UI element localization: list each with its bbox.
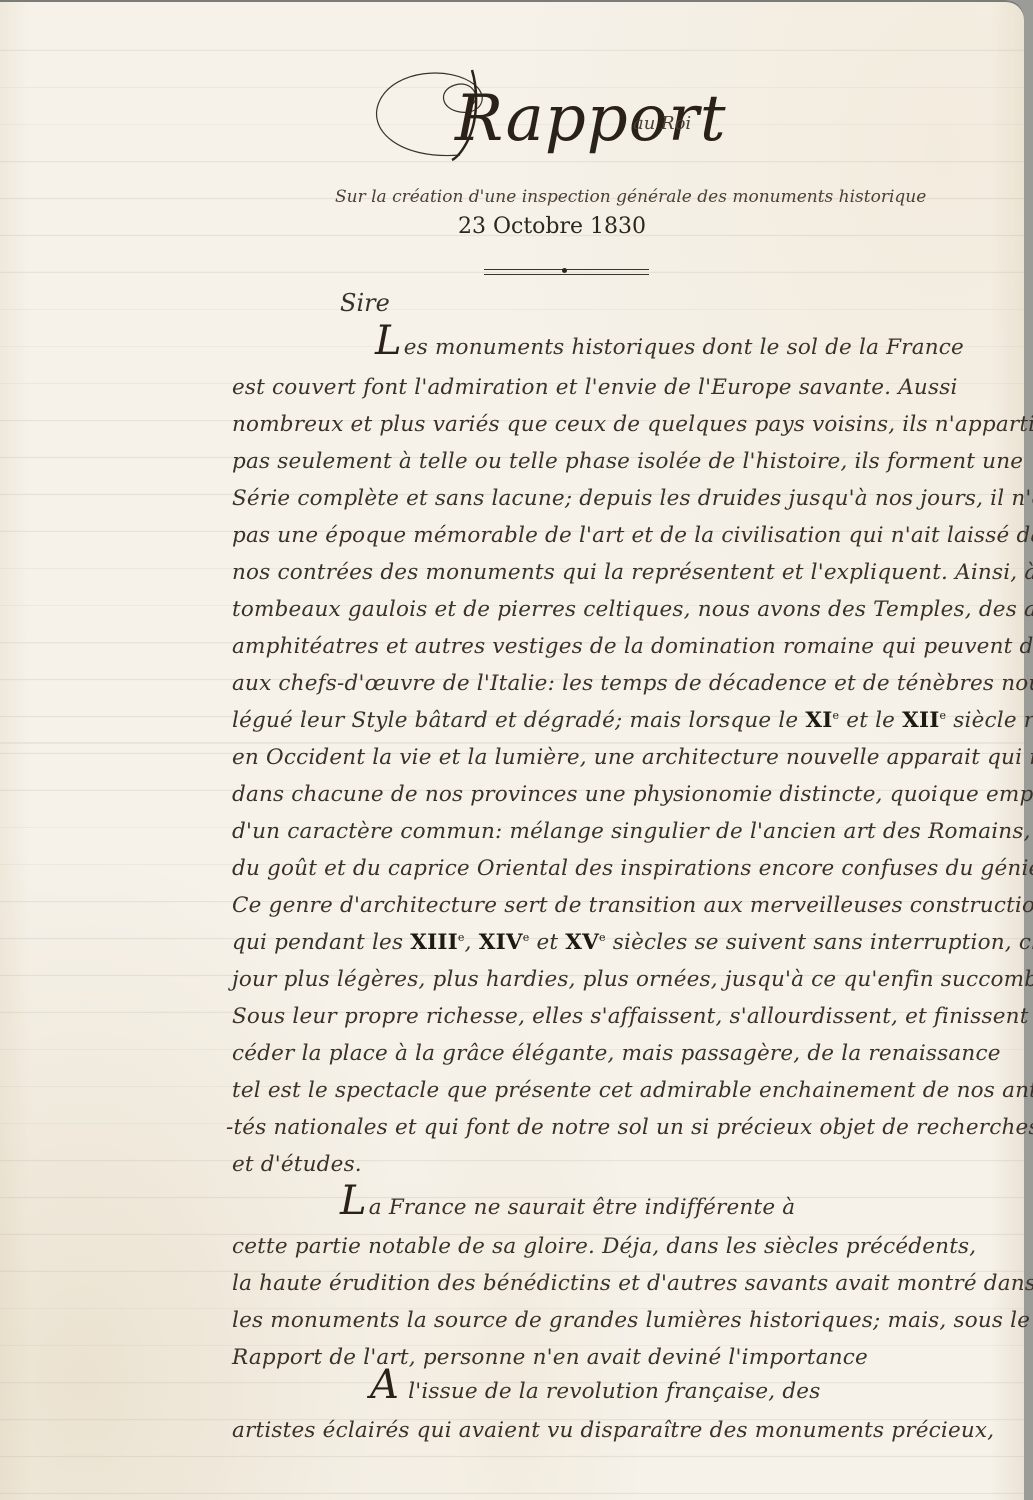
body-line: en Occident la vie et la lumière, une ar…: [232, 745, 1033, 770]
body-line: aux chefs-d'œuvre de l'Italie: les temps…: [232, 671, 1033, 696]
salutation: Sire: [340, 289, 390, 317]
body-line: est couvert font l'admiration et l'envie…: [232, 375, 958, 400]
body-line: légué leur Style bâtard et dégradé; mais…: [232, 708, 1033, 733]
document-subtitle: Sur la création d'une inspection général…: [335, 187, 926, 207]
body-line: dans chacune de nos provinces une physio…: [232, 782, 1033, 807]
body-line: La France ne saurait être indifférente à: [340, 1178, 795, 1224]
body-line: artistes éclairés qui avaient vu dispara…: [232, 1418, 994, 1443]
document-title-suffix: au Roi: [633, 113, 691, 134]
drop-capital: L: [375, 318, 402, 364]
body-line: céder la place à la grâce élégante, mais…: [232, 1041, 1001, 1066]
body-line: tel est le spectacle que présente cet ad…: [232, 1078, 1033, 1103]
body-line: la haute érudition des bénédictins et d'…: [232, 1271, 1033, 1296]
roman-numeral: XIVe: [479, 930, 530, 955]
body-line: nombreux et plus variés que ceux de quel…: [232, 412, 1033, 437]
roman-numeral: XIe: [805, 708, 839, 733]
document-date: 23 Octobre 1830: [458, 214, 646, 239]
body-line: jour plus légères, plus hardies, plus or…: [232, 967, 1033, 992]
page-fold: [0, 742, 1024, 744]
body-line: amphitéatres et autres vestiges de la do…: [232, 634, 1033, 659]
body-line: du goût et du caprice Oriental des inspi…: [232, 856, 1033, 881]
drop-capital: A: [370, 1362, 399, 1408]
body-line: tombeaux gaulois et de pierres celtiques…: [232, 597, 1033, 622]
roman-numeral: XIIe: [902, 708, 946, 733]
divider-ornament-icon: [562, 268, 567, 273]
body-line: -tés nationales et qui font de notre sol…: [226, 1115, 1033, 1140]
body-line: qui pendant les XIIIe, XIVe et XVe siècl…: [232, 930, 1033, 955]
body-line: Sous leur propre richesse, elles s'affai…: [232, 1004, 1033, 1029]
body-line: pas une époque mémorable de l'art et de …: [232, 523, 1033, 548]
body-line: nos contrées des monuments qui la représ…: [232, 560, 1033, 585]
body-line: A l'issue de la revolution française, de…: [370, 1362, 820, 1408]
body-line: d'un caractère commun: mélange singulier…: [232, 819, 1031, 844]
body-line: Série complète et sans lacune; depuis le…: [232, 486, 1033, 511]
manuscript-page: Rapport au Roi Sur la création d'une ins…: [0, 0, 1024, 1500]
drop-capital: L: [340, 1178, 367, 1224]
body-line: cette partie notable de sa gloire. Déja,…: [232, 1234, 976, 1259]
body-line: Les monuments historiques dont le sol de…: [375, 318, 964, 364]
body-line: et d'études.: [232, 1152, 362, 1177]
roman-numeral: XIIIe: [410, 930, 464, 955]
body-line: les monuments la source de grandes lumiè…: [232, 1308, 1030, 1333]
body-line: Ce genre d'architecture sert de transiti…: [232, 893, 1033, 918]
roman-numeral: XVe: [565, 930, 605, 955]
title-divider: [484, 269, 649, 275]
body-line: pas seulement à telle ou telle phase iso…: [232, 449, 1023, 474]
